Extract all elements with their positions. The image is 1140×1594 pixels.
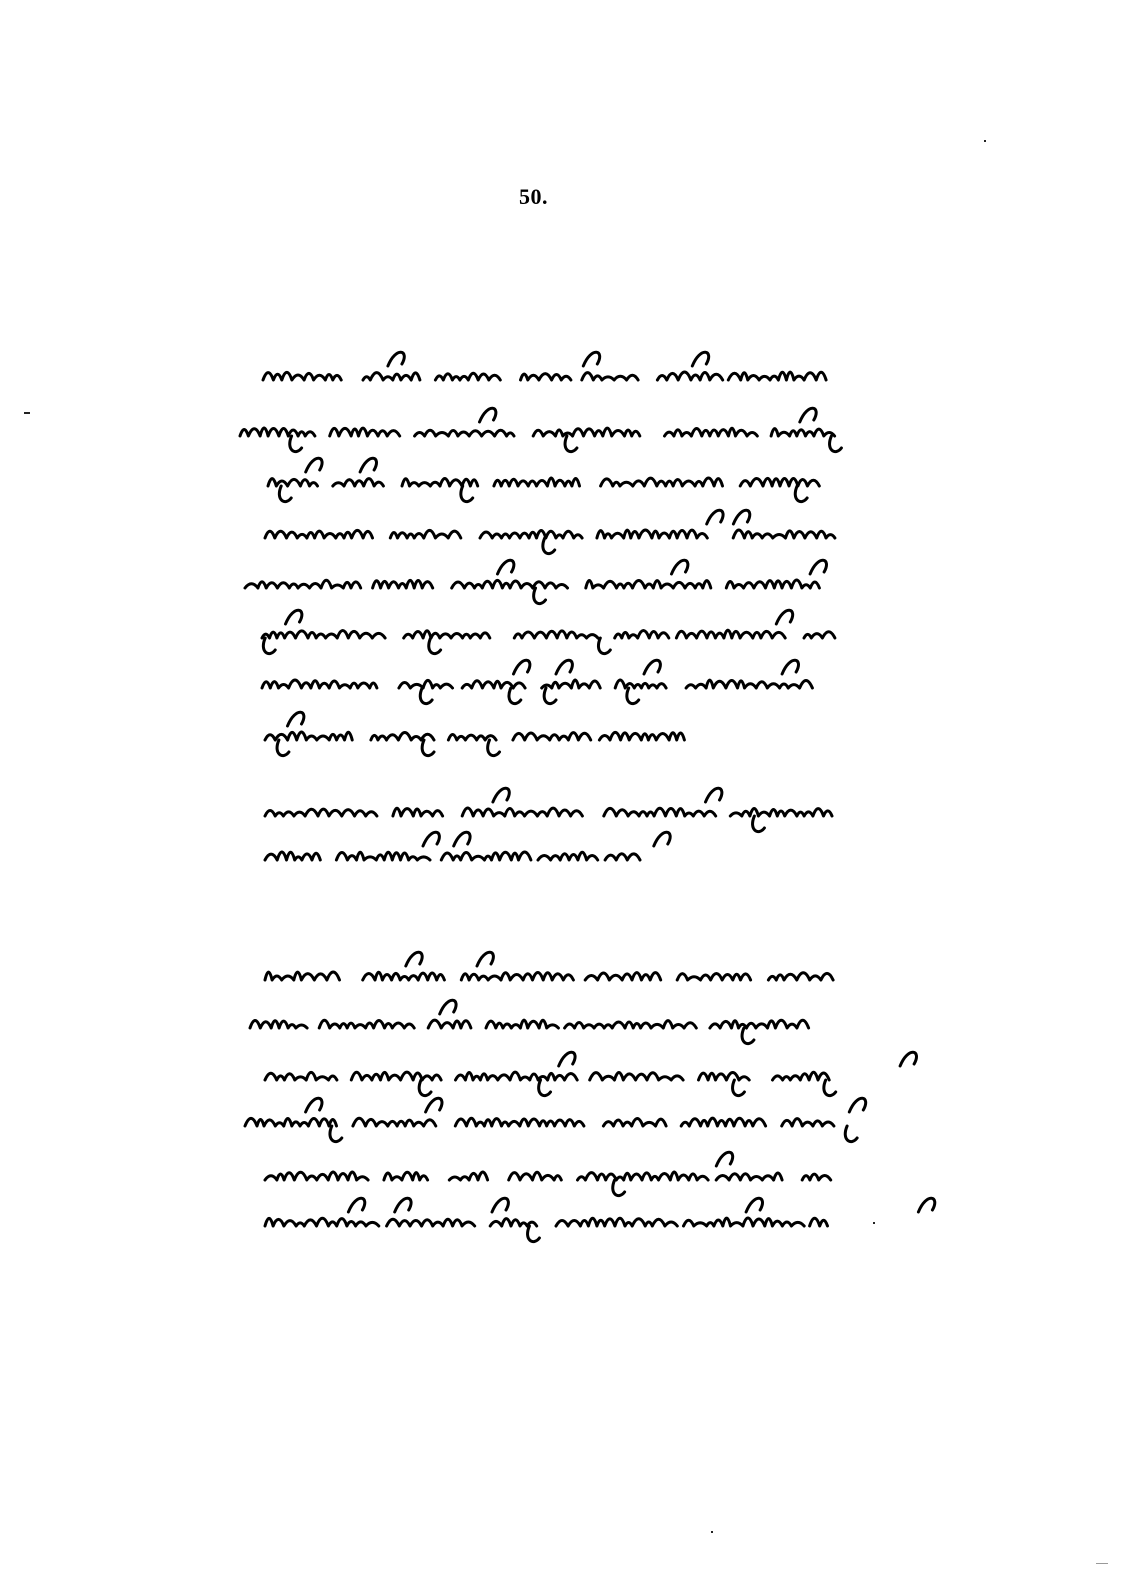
scan-mark: [984, 140, 986, 142]
handwritten-line: [263, 342, 830, 402]
handwritten-line: [268, 448, 830, 508]
scan-mark: [24, 412, 30, 414]
handwritten-line: [262, 650, 835, 710]
page-number: 50.: [519, 184, 548, 210]
manuscript-page: 50.: [0, 0, 1140, 1594]
handwritten-line: [265, 822, 640, 882]
handwritten-line: [245, 1088, 830, 1148]
handwritten-line: [265, 1188, 830, 1248]
scan-mark: [1096, 1563, 1108, 1564]
scan-mark: [711, 1531, 713, 1533]
handwritten-line: [250, 990, 830, 1050]
scan-mark: [873, 1222, 875, 1224]
handwritten-line: [265, 702, 690, 762]
